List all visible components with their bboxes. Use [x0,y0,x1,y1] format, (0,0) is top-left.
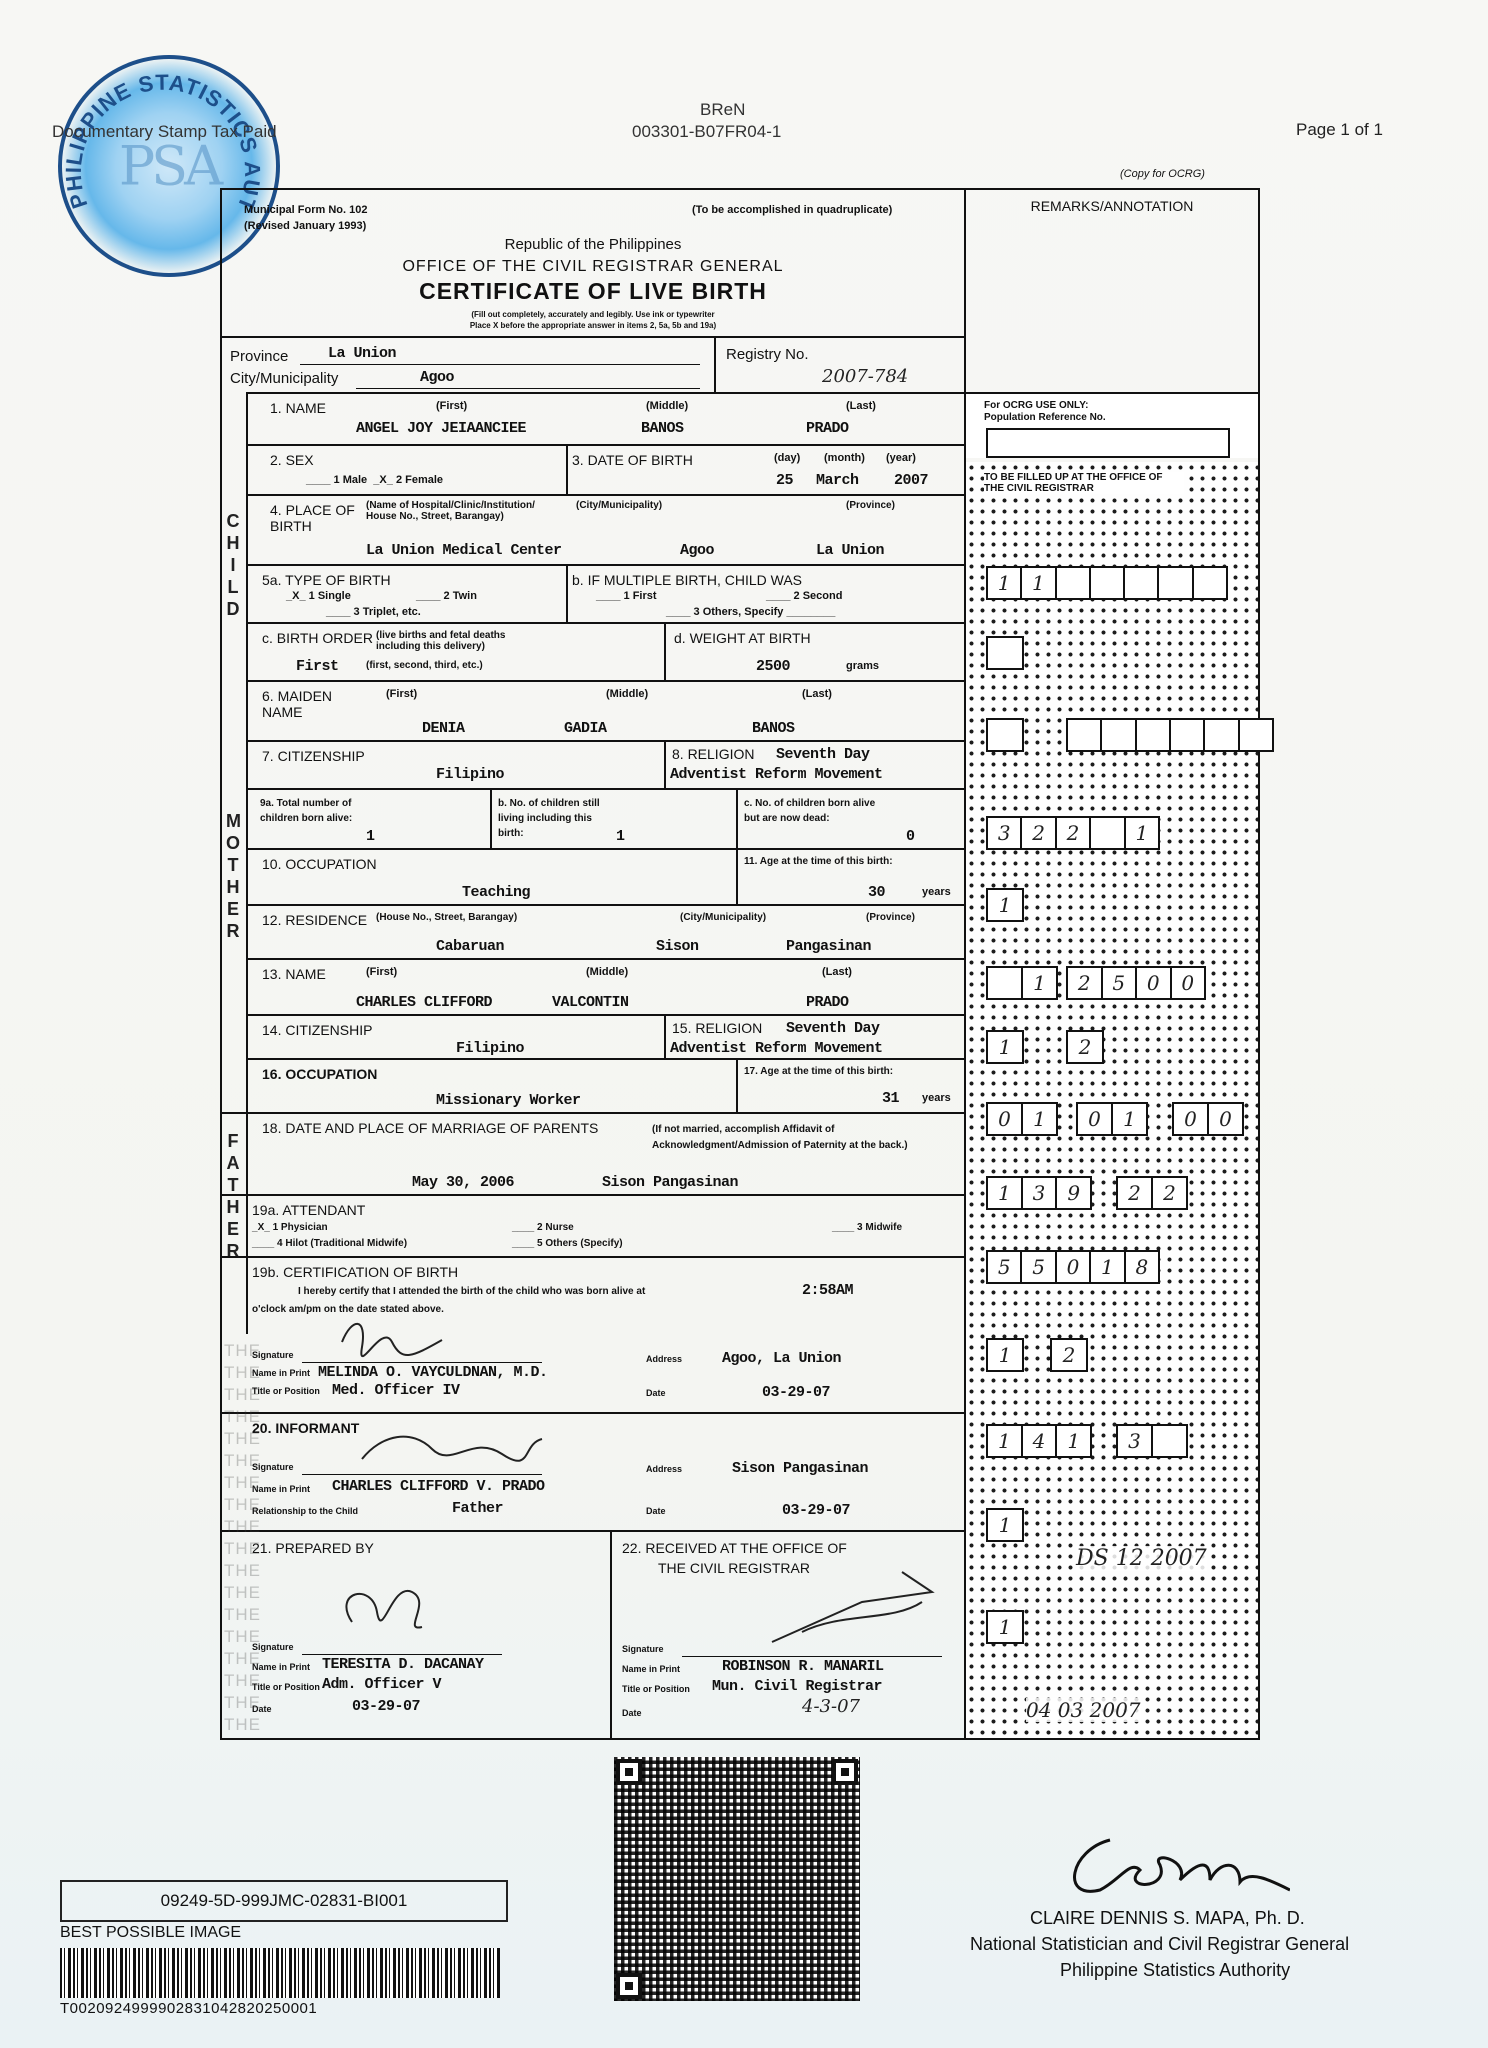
mother-age-unit: years [922,886,951,898]
name-in-print-label: Name in Print [622,1664,680,1674]
birth-certificate-form: Municipal Form No. 102 (Revised January … [220,188,1260,1740]
divider [736,850,738,906]
signatory-org: Philippine Statistics Authority [1060,1960,1290,1981]
dob-month-header: (month) [824,452,865,464]
dob-year-header: (year) [886,452,916,464]
children-living-label: b. No. of children still living includin… [498,796,618,841]
divider [566,446,568,496]
filled-up-label: TO BE FILLED UP AT THE OFFICE OF THE CIV… [984,472,1184,494]
population-ref-label: Population Reference No. [984,412,1106,423]
code-cell: 1 [1022,568,1056,598]
mother-religion-line2[interactable]: Adventist Reform Movement [670,766,883,783]
code-box[interactable]: 3 [1116,1424,1188,1458]
province-field[interactable]: La Union [300,344,700,365]
pob-label: 4. PLACE OF BIRTH [270,502,360,534]
preparer-date[interactable]: 03-29-07 [352,1698,420,1715]
code-box[interactable]: 55018 [986,1250,1160,1284]
code-cell [1102,720,1136,750]
code-cell: 2 [1068,968,1103,998]
code-cell: 4 [1023,1426,1058,1456]
child-side-label: CHILD [226,510,240,620]
title-label: Title or Position [622,1684,690,1694]
code-box[interactable] [1066,718,1274,752]
father-age-label: 17. Age at the time of this birth: [744,1066,924,1077]
annotation-stamp-1: DS 12 2007 [1076,1546,1207,1571]
code-cell: 1 [988,1032,1022,1062]
children-alive-label: 9a. Total number of children born alive: [260,796,370,826]
birth-order-hint-2: (first, second, third, etc.) [366,660,483,671]
security-watermark: THETHETHETHETHETHETHETHETHETHETHETHETHET… [224,1340,261,1736]
dob-day[interactable]: 25 [776,472,793,489]
code-cell: 0 [1078,1104,1113,1134]
ocrg-label: For OCRG USE ONLY: [984,400,1088,411]
middle-header: (Middle) [586,966,628,978]
code-cell: 0 [1174,1104,1209,1134]
maiden-name-label: 6. MAIDEN NAME [262,688,342,720]
registrar-title[interactable]: Mun. Civil Registrar [712,1678,882,1695]
marriage-place[interactable]: Sison Pangasinan [602,1174,738,1191]
father-name-row: 13. NAME (First) (Middle) (Last) CHARLES… [246,958,964,1016]
mother-citizenship[interactable]: Filipino [436,766,504,783]
sex-dob-row: 2. SEX ____ 1 Male _X_ 2 Female 3. DATE … [246,444,964,496]
remarks-title: REMARKS/ANNOTATION [966,198,1258,214]
city-field[interactable]: Agoo [356,368,700,389]
father-first-name[interactable]: CHARLES CLIFFORD [356,994,492,1011]
province-label: Province [230,348,288,365]
divider [664,624,666,682]
quadruplicate-note: (To be accomplished in quadruplicate) [692,204,892,216]
birth-order-hint: (live births and fetal deaths including … [376,630,546,652]
code-cell: 1 [1023,968,1056,998]
mother-occupation-label: 10. OCCUPATION [262,856,377,872]
copy-for-label: (Copy for OCRG) [1120,168,1205,180]
last-header: (Last) [802,688,832,700]
physician-address[interactable]: Agoo, La Union [722,1350,841,1367]
attendant-physician-option[interactable]: _X_ 1 Physician [252,1222,328,1233]
code-cell: 1 [988,1612,1022,1642]
bren-label: BReN [700,100,745,120]
dob-label: 3. DATE OF BIRTH [572,452,693,468]
code-cell: 2 [1052,1340,1086,1370]
residence-city[interactable]: Sison [656,938,699,955]
multiple-others-option[interactable]: ____ 3 Others, Specify ________ [666,606,835,618]
marriage-row: 18. DATE AND PLACE OF MARRIAGE OF PARENT… [222,1112,964,1196]
barcode-icon [60,1948,500,1998]
form-main: Municipal Form No. 102 (Revised January … [222,190,966,1738]
code-cell: 2 [1153,1178,1186,1208]
mother-age-label: 11. Age at the time of this birth: [744,856,924,867]
code-cell: 3 [988,818,1022,848]
children-living[interactable]: 1 [616,828,625,845]
code-cell [1057,568,1091,598]
certification-row: 19b. CERTIFICATION OF BIRTH I hereby cer… [222,1256,964,1414]
first-header: (First) [366,966,397,978]
population-ref-field[interactable] [986,428,1230,458]
code-cell [1068,720,1102,750]
informant-row: 20. INFORMANT Signature Name in Print CH… [222,1412,964,1532]
code-box[interactable] [986,636,1024,670]
code-cell: 8 [1126,1252,1158,1282]
informant-signature-field[interactable] [302,1462,542,1475]
code-cell: 0 [988,1104,1023,1134]
dob-day-header: (day) [774,452,800,464]
mother-age[interactable]: 30 [868,884,885,901]
code-cell: 2 [1022,818,1056,848]
form-revised: (Revised January 1993) [244,220,366,232]
page-indicator: Page 1 of 1 [1296,120,1383,140]
code-cell: 1 [988,1426,1023,1456]
code-cell [1091,568,1125,598]
code-box[interactable]: 141 [986,1424,1092,1458]
code-cell: 2 [1057,818,1091,848]
physician-title[interactable]: Med. Officer IV [332,1382,460,1399]
registrar-name[interactable]: ROBINSON R. MANARIL [722,1658,884,1675]
father-occupation-label: 16. OCCUPATION [262,1066,377,1082]
registrar-signature-field[interactable] [682,1644,942,1657]
informant-date[interactable]: 03-29-07 [782,1502,850,1519]
mother-citizenship-label: 7. CITIZENSHIP [262,748,365,764]
informant-name[interactable]: CHARLES CLIFFORD V. PRADO [332,1478,545,1495]
preparer-name[interactable]: TERESITA D. DACANAY [322,1656,484,1673]
republic-text: Republic of the Philippines [222,236,964,253]
maiden-name-row: 6. MAIDEN NAME (First) (Middle) (Last) D… [246,680,964,742]
best-image-label: BEST POSSIBLE IMAGE [60,1924,241,1942]
pob-province-header: (Province) [846,500,895,511]
father-citizenship[interactable]: Filipino [456,1040,524,1057]
office-text: OFFICE OF THE CIVIL REGISTRAR GENERAL [222,258,964,276]
father-occupation[interactable]: Missionary Worker [436,1092,581,1109]
instructions-1: (Fill out completely, accurately and leg… [222,310,964,319]
weight-label: d. WEIGHT AT BIRTH [674,630,811,646]
divider [736,1060,738,1114]
father-citizenship-row: 14. CITIZENSHIP Filipino 15. RELIGION Se… [246,1014,964,1060]
code-box[interactable]: 1 [986,888,1024,922]
mother-occupation-row: 10. OCCUPATION Teaching 11. Age at the t… [246,848,964,906]
physician-name[interactable]: MELINDA O. VAYCULDNAN, M.D. [318,1364,548,1381]
father-last-name[interactable]: PRADO [806,994,849,1011]
code-cell: 1 [1113,1104,1146,1134]
dob-month[interactable]: March [816,472,859,489]
prepared-received-row: 21. PREPARED BY Signature Name in Print … [222,1530,964,1740]
child-name-label: 1. NAME [270,400,326,416]
code-cell: 9 [1057,1178,1090,1208]
divider [736,790,738,850]
code-box[interactable]: 1 [986,1030,1024,1064]
code-cell [1194,568,1226,598]
preparer-title[interactable]: Adm. Officer V [322,1676,441,1693]
code-cell: 1 [988,1340,1022,1370]
code-box[interactable]: 22 [1116,1176,1188,1210]
signatory-name: CLAIRE DENNIS S. MAPA, Ph. D. [1030,1908,1305,1929]
mother-last-name[interactable]: BANOS [752,720,795,737]
residence-city-header: (City/Municipality) [680,912,766,923]
title-label: Title or Position [252,1682,320,1692]
informant-address[interactable]: Sison Pangasinan [732,1460,868,1477]
father-occupation-row: 16. OCCUPATION Missionary Worker 17. Age… [246,1058,964,1114]
mother-religion-label: 8. RELIGION [672,746,754,762]
weight-value[interactable]: 2500 [756,658,790,675]
type-single-option[interactable]: _X_ 1 Single [286,590,351,602]
informant-relationship[interactable]: Father [452,1500,503,1517]
date-label: Date [622,1708,642,1718]
control-number: 09249-5D-999JMC-02831-BI001 [60,1880,508,1922]
last-header: (Last) [846,400,876,412]
children-dead[interactable]: 0 [906,828,915,845]
type-triplet-option[interactable]: ____ 3 Triplet, etc. [326,606,421,618]
code-box[interactable]: 1 [986,1508,1024,1542]
middle-header: (Middle) [646,400,688,412]
barcode-text: T0020924999902831042820250001 [60,2000,317,2017]
father-religion-label: 15. RELIGION [672,1020,762,1036]
code-cell [1240,720,1272,750]
marriage-label: 18. DATE AND PLACE OF MARRIAGE OF PARENT… [262,1120,598,1136]
birth-order-row: c. BIRTH ORDER (live births and fetal de… [246,622,964,682]
preparer-signature-field[interactable] [302,1642,502,1655]
code-box[interactable]: 139 [986,1176,1092,1210]
code-cell: 1 [1091,1252,1125,1282]
code-cell [1159,568,1193,598]
code-cell [988,968,1023,998]
sex-options[interactable]: ____ 1 Male _X_ 2 Female [306,474,443,486]
stamp-tax-text: Documentary Stamp Tax Paid [52,122,277,142]
code-box[interactable]: 01 [1076,1102,1148,1136]
residence-row: 12. RESIDENCE (House No., Street, Barang… [246,904,964,960]
registry-number[interactable]: 2007-784 [822,366,908,387]
child-last-name[interactable]: PRADO [806,420,849,437]
father-age-unit: years [922,1092,951,1104]
code-cell: 2 [1068,1032,1102,1062]
father-religion-line2[interactable]: Adventist Reform Movement [670,1040,883,1057]
title-label: Title or Position [252,1386,320,1396]
father-citizenship-label: 14. CITIZENSHIP [262,1022,372,1038]
code-box[interactable]: 2 [1050,1338,1088,1372]
code-cell: 1 [1057,1426,1090,1456]
date-label: Date [646,1506,666,1516]
code-cell: 1 [988,568,1022,598]
marriage-date[interactable]: May 30, 2006 [412,1174,514,1191]
multiple-first-option[interactable]: ____ 1 First [596,590,657,602]
pob-city[interactable]: Agoo [680,542,714,559]
city-label: City/Municipality [230,370,338,387]
informant-label: 20. INFORMANT [252,1420,359,1436]
mother-first-name[interactable]: DENIA [422,720,465,737]
code-box[interactable]: 01 [986,1102,1058,1136]
date-label: Date [646,1388,666,1398]
type-of-birth-row: 5a. TYPE OF BIRTH _X_ 1 Single ____ 2 Tw… [246,564,964,624]
certification-label: 19b. CERTIFICATION OF BIRTH [252,1264,458,1280]
code-cell: 3 [1118,1426,1153,1456]
code-cell: 5 [1103,968,1138,998]
preparer-signature-icon [332,1572,452,1642]
code-cell: 0 [1057,1252,1091,1282]
divider [566,566,568,624]
pob-hospital[interactable]: La Union Medical Center [366,542,562,559]
code-box[interactable]: 2500 [1066,966,1206,1000]
multiple-birth-label: b. IF MULTIPLE BIRTH, CHILD WAS [572,572,802,588]
father-age[interactable]: 31 [882,1090,899,1107]
mother-religion-line1[interactable]: Seventh Day [776,746,870,763]
pob-city-header: (City/Municipality) [576,500,662,511]
attendant-hilot-option[interactable]: ____ 4 Hilot (Traditional Midwife) [252,1238,407,1249]
dob-year[interactable]: 2007 [894,472,928,489]
registry-label: Registry No. [726,346,809,363]
qr-code-icon [614,1757,860,2001]
code-cell: 1 [988,890,1022,920]
children-count-row: 9a. Total number of children born alive:… [246,788,964,850]
code-cell [1125,568,1159,598]
code-cell [1205,720,1239,750]
attendant-label: 19a. ATTENDANT [252,1202,365,1218]
children-dead-label: c. No. of children born alive but are no… [744,796,884,826]
code-cell [1171,720,1205,750]
form-number: Municipal Form No. 102 [244,204,367,216]
code-cell: 0 [1137,968,1172,998]
marriage-hint: (If not married, accomplish Affidavit of… [652,1122,962,1154]
divider [610,1532,612,1740]
residence-label: 12. RESIDENCE [262,912,367,928]
pob-hospital-header: (Name of Hospital/Clinic/Institution/ Ho… [366,500,566,522]
code-cell [1153,1426,1186,1456]
remarks-panel: REMARKS/ANNOTATION For OCRG USE ONLY: Po… [966,190,1258,1738]
code-cell [988,638,1022,668]
code-cell: 1 [1023,1104,1056,1134]
child-name-row: 1. NAME (First) (Middle) (Last) ANGEL JO… [246,392,964,446]
middle-header: (Middle) [606,688,648,700]
birth-order-value[interactable]: First [296,658,339,675]
attendant-nurse-option[interactable]: ____ 2 Nurse [512,1222,574,1233]
code-box[interactable] [986,718,1024,752]
ocrg-section: For OCRG USE ONLY: Population Reference … [966,394,1258,458]
multiple-second-option[interactable]: ____ 2 Second [766,590,842,602]
father-religion-line1[interactable]: Seventh Day [786,1020,880,1037]
divider [490,790,492,850]
mother-side-label: MOTHER [226,810,240,942]
place-of-birth-row: 4. PLACE OF BIRTH (Name of Hospital/Clin… [246,494,964,566]
residence-street[interactable]: Cabaruan [436,938,504,955]
residence-province-header: (Province) [866,912,915,923]
certification-date[interactable]: 03-29-07 [762,1384,830,1401]
first-header: (First) [436,400,467,412]
divider [714,338,716,394]
relationship-label: Relationship to the Child [252,1506,358,1516]
instructions-2: Place X before the appropriate answer in… [222,321,964,330]
received-date[interactable]: 4-3-07 [802,1696,860,1717]
attendant-row: 19a. ATTENDANT _X_ 1 Physician ____ 2 Nu… [222,1194,964,1258]
code-cell: 0 [1172,968,1205,998]
pob-province[interactable]: La Union [816,542,884,559]
mother-middle-name[interactable]: GADIA [564,720,607,737]
code-cell: 1 [988,1178,1023,1208]
physician-signature-field[interactable] [302,1350,542,1363]
prepared-by-label: 21. PREPARED BY [252,1540,374,1556]
code-cell: 5 [1022,1252,1056,1282]
code-cell: 2 [1118,1178,1153,1208]
form-title: CERTIFICATE OF LIVE BIRTH [222,278,964,305]
signature-label: Signature [622,1644,664,1654]
annotation-stamp-2: 04 03 2007 [1026,1698,1141,1722]
divider [664,742,666,790]
bren-number: 003301-B07FR04-1 [632,122,781,142]
divider [664,1016,666,1060]
sex-label: 2. SEX [270,452,314,468]
children-alive[interactable]: 1 [366,828,375,845]
code-box[interactable]: 1 [986,1338,1024,1372]
received-label: 22. RECEIVED AT THE OFFICE OF [622,1540,847,1556]
address-label: Address [646,1354,682,1364]
first-header: (First) [386,688,417,700]
registrar-general-signature-icon [1050,1820,1290,1910]
type-of-birth-label: 5a. TYPE OF BIRTH [262,572,391,588]
code-cell [988,720,1022,750]
mother-citizenship-row: 7. CITIZENSHIP Filipino 8. RELIGION Seve… [246,740,964,790]
code-cell: 5 [988,1252,1022,1282]
signatory-title: National Statistician and Civil Registra… [970,1934,1349,1955]
child-middle-name[interactable]: BANOS [641,420,684,437]
child-first-name[interactable]: ANGEL JOY JEIAANCIEE [356,420,526,437]
type-twin-option[interactable]: ____ 2 Twin [416,590,477,602]
birth-order-label: c. BIRTH ORDER [262,630,373,646]
attendant-midwife-option[interactable]: ____ 3 Midwife [832,1222,902,1233]
code-cell: 1 [988,1510,1022,1540]
code-box[interactable]: 11 [986,566,1228,600]
address-label: Address [646,1464,682,1474]
code-box[interactable]: 1 [986,966,1058,1000]
birth-time[interactable]: 2:58AM [802,1282,853,1299]
certification-text: I hereby certify that I attended the bir… [298,1286,645,1297]
residence-province[interactable]: Pangasinan [786,938,871,955]
code-cell: 3 [1023,1178,1058,1208]
code-cell [1091,818,1125,848]
father-middle-name[interactable]: VALCONTIN [552,994,629,1011]
mother-occupation[interactable]: Teaching [462,884,530,901]
last-header: (Last) [822,966,852,978]
code-cell: 0 [1209,1104,1242,1134]
father-name-label: 13. NAME [262,966,326,982]
code-box[interactable]: 3221 [986,816,1160,850]
residence-street-header: (House No., Street, Barangay) [376,912,517,923]
code-cell [1137,720,1171,750]
province-row: Province La Union City/Municipality Agoo… [222,336,964,394]
weight-unit: grams [846,660,879,672]
registrar-signature-icon [742,1562,942,1652]
code-box[interactable]: 00 [1172,1102,1244,1136]
code-cell: 1 [1126,818,1158,848]
code-box[interactable]: 2 [1066,1030,1104,1064]
attendant-others-option[interactable]: ____ 5 Others (Specify) [512,1238,623,1249]
code-box[interactable]: 1 [986,1610,1024,1644]
